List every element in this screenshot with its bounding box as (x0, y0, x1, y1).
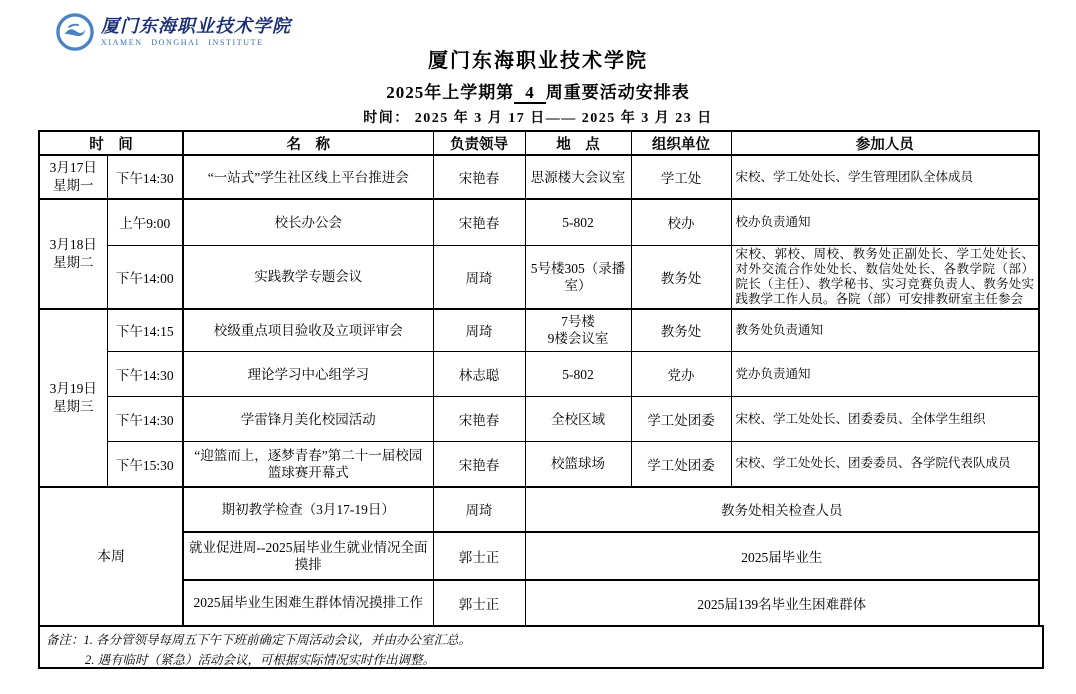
cell-time: 下午14:30 (107, 397, 183, 442)
schedule-table: 时 间 名 称 负责领导 地 点 组织单位 参加人员 3月17日 星期一 下午1… (38, 130, 1040, 627)
notes-box: 备注：1. 各分管领导每周五下午下班前确定下周活动会议，并由办公室汇总。 2. … (38, 625, 1044, 669)
cell-org: 教务处 (631, 309, 731, 352)
cell-date: 3月19日 星期三 (39, 309, 107, 487)
cell-participants: 党办负责通知 (731, 352, 1039, 397)
cell-place: 5-802 (525, 199, 631, 245)
schedule-sheet: 时 间 名 称 负责领导 地 点 组织单位 参加人员 3月17日 星期一 下午1… (38, 130, 1038, 669)
cell-activity-name: 学雷锋月美化校园活动 (183, 397, 433, 442)
cell-place: 7号楼 9楼会议室 (525, 309, 631, 352)
notes-line-1: 备注：1. 各分管领导每周五下午下班前确定下周活动会议，并由办公室汇总。 (46, 630, 1042, 650)
cell-activity-name: 实践教学专题会议 (183, 245, 433, 309)
logo-chinese-name: 厦门东海职业技术学院 (101, 15, 291, 37)
cell-leader: 林志聪 (433, 352, 525, 397)
cell-activity-name: “一站式”学生社区线上平台推进会 (183, 155, 433, 199)
cell-place: 全校区域 (525, 397, 631, 442)
cell-date: 3月18日 星期二 (39, 199, 107, 309)
document-page: 厦门东海职业技术学院 XIAMEN DONGHAI INSTITUTE 厦门东海… (0, 0, 1076, 694)
col-header-place: 地 点 (525, 131, 631, 155)
cell-time: 上午9:00 (107, 199, 183, 245)
cell-leader: 宋艳春 (433, 397, 525, 442)
col-header-org: 组织单位 (631, 131, 731, 155)
cell-time: 下午14:30 (107, 155, 183, 199)
cell-leader: 宋艳春 (433, 199, 525, 245)
cell-org: 党办 (631, 352, 731, 397)
subtitle-suffix: 周重要活动安排表 (546, 83, 690, 102)
cell-place: 5号楼305（录播室） (525, 245, 631, 309)
page-subtitle: 2025年上学期第4周重要活动安排表 (0, 78, 1076, 104)
col-header-leader: 负责领导 (433, 131, 525, 155)
cell-week-label: 本周 (39, 487, 183, 626)
cell-activity-name: 期初教学检查（3月17-19日） (183, 487, 433, 532)
col-header-participants: 参加人员 (731, 131, 1039, 155)
subtitle-prefix: 2025年上学期第 (386, 83, 514, 102)
cell-activity-name: 理论学习中心组学习 (183, 352, 433, 397)
cell-place: 校篮球场 (525, 442, 631, 487)
page-title: 厦门东海职业技术学院 (0, 44, 1076, 73)
cell-participants-merged: 2025届毕业生 (525, 532, 1039, 580)
cell-place: 思源楼大会议室 (525, 155, 631, 199)
cell-leader: 郭士正 (433, 532, 525, 580)
cell-org: 学工处团委 (631, 442, 731, 487)
cell-activity-name: 就业促进周--2025届毕业生就业情况全面摸排 (183, 532, 433, 580)
col-header-name: 名 称 (183, 131, 433, 155)
cell-activity-name: “迎篮而上，逐梦青春”第二十一届校园篮球赛开幕式 (183, 442, 433, 487)
cell-participants: 校办负责通知 (731, 199, 1039, 245)
notes-line-2: 2. 遇有临时（紧急）活动会议，可根据实际情况实时作出调整。 (46, 650, 1042, 670)
date-range-line: 时间： 2025 年 3 月 17 日—— 2025 年 3 月 23 日 (0, 107, 1076, 127)
cell-org: 学工处 (631, 155, 731, 199)
cell-org: 校办 (631, 199, 731, 245)
cell-activity-name: 校级重点项目验收及立项评审会 (183, 309, 433, 352)
cell-leader: 周琦 (433, 487, 525, 532)
cell-participants: 教务处负责通知 (731, 309, 1039, 352)
subtitle-week-number: 4 (514, 84, 546, 104)
cell-date: 3月17日 星期一 (39, 155, 107, 199)
cell-participants: 宋校、学工处处长、团委委员、各学院代表队成员 (731, 442, 1039, 487)
cell-leader: 宋艳春 (433, 442, 525, 487)
cell-leader: 周琦 (433, 309, 525, 352)
cell-place: 5-802 (525, 352, 631, 397)
cell-activity-name: 校长办公会 (183, 199, 433, 245)
cell-time: 下午14:30 (107, 352, 183, 397)
cell-org: 教务处 (631, 245, 731, 309)
cell-leader: 郭士正 (433, 580, 525, 626)
col-header-time: 时 间 (39, 131, 183, 155)
cell-leader: 宋艳春 (433, 155, 525, 199)
cell-time: 下午15:30 (107, 442, 183, 487)
cell-time: 下午14:15 (107, 309, 183, 352)
cell-participants-merged: 2025届139名毕业生困难群体 (525, 580, 1039, 626)
cell-participants-merged: 教务处相关检查人员 (525, 487, 1039, 532)
cell-time: 下午14:00 (107, 245, 183, 309)
cell-org: 学工处团委 (631, 397, 731, 442)
cell-participants: 宋校、郭校、周校、教务处正副处长、学工处处长、对外交流合作处处长、数信处处长、各… (731, 245, 1039, 309)
cell-leader: 周琦 (433, 245, 525, 309)
cell-activity-name: 2025届毕业生困难生群体情况摸排工作 (183, 580, 433, 626)
cell-participants: 宋校、学工处处长、学生管理团队全体成员 (731, 155, 1039, 199)
cell-participants: 宋校、学工处处长、团委委员、全体学生组织 (731, 397, 1039, 442)
